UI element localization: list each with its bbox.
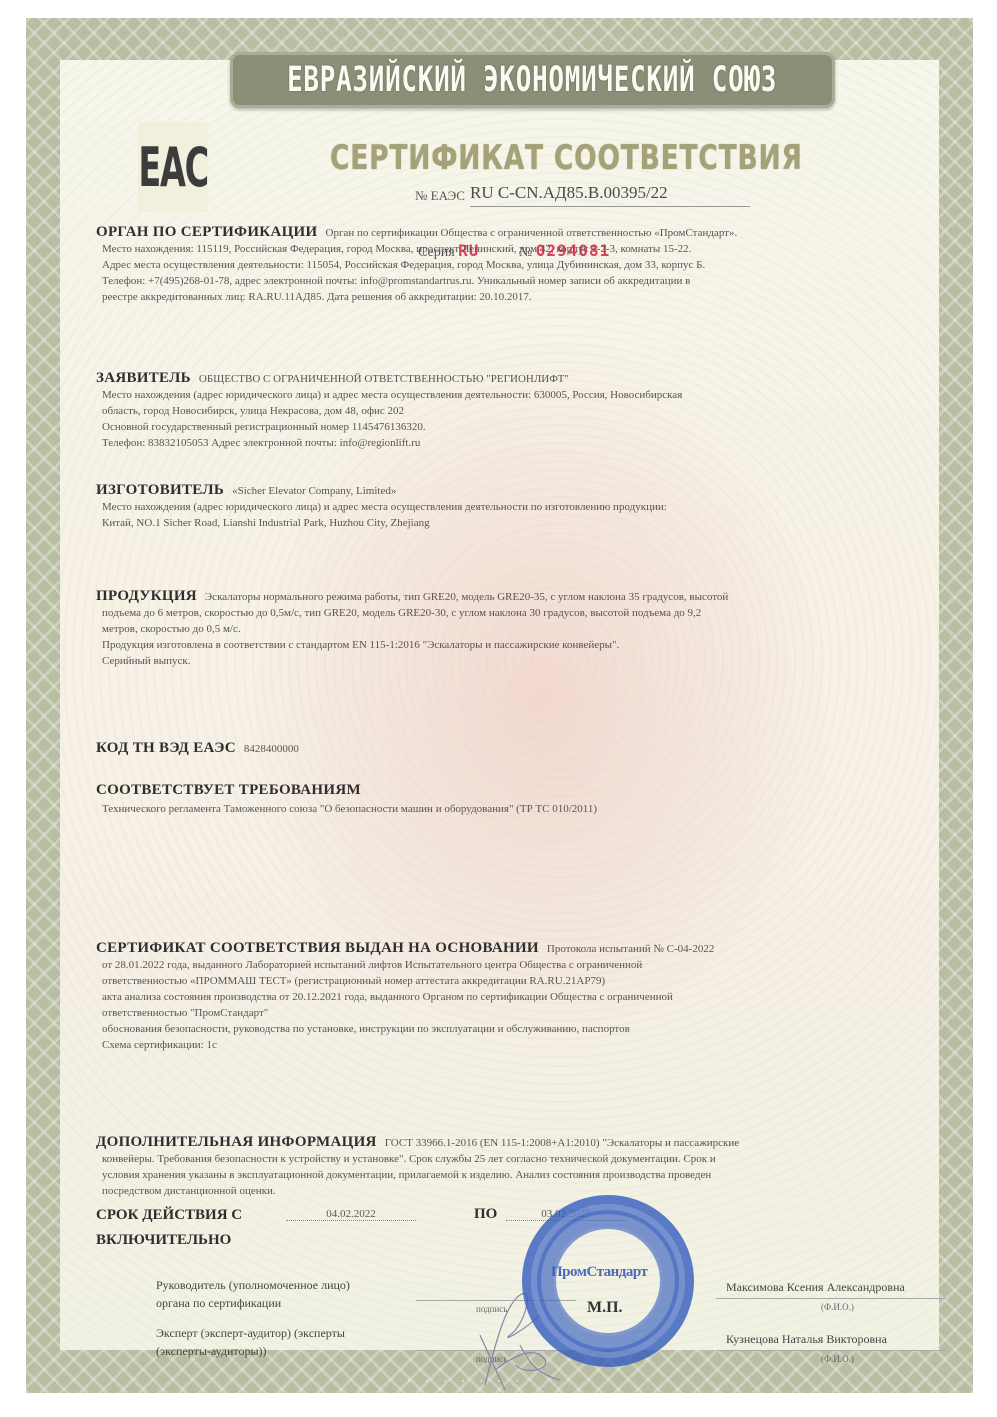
section-manufacturer: ИЗГОТОВИТЕЛЬ«Sicher Elevator Company, Li… xyxy=(96,482,926,531)
head-role: Руководитель (уполномоченное лицо) орган… xyxy=(156,1276,386,1312)
section-issued-basis: СЕРТИФИКАТ СООТВЕТСТВИЯ ВЫДАН НА ОСНОВАН… xyxy=(96,940,926,1053)
expert-name: Кузнецова Наталья Викторовна xyxy=(726,1332,946,1347)
expert-role: Эксперт (эксперт-аудитор) (эксперты (экс… xyxy=(156,1324,386,1360)
certificate-title: СЕРТИФИКАТ СООТВЕТСТВИЯ xyxy=(330,138,681,178)
section-heading: ПРОДУКЦИЯ xyxy=(96,588,197,604)
registration-value: RU C-CN.АД85.В.00395/22 xyxy=(470,183,750,207)
head-name-line xyxy=(716,1298,946,1299)
validity-to-label: ПО xyxy=(474,1206,497,1223)
section-heading: ИЗГОТОВИТЕЛЬ xyxy=(96,482,224,498)
tn-ved-code: 8428400000 xyxy=(244,743,299,755)
section-certification-body: ОРГАН ПО СЕРТИФИКАЦИИОрган по сертификац… xyxy=(96,224,926,305)
expert-name-line xyxy=(716,1350,946,1351)
section-heading: СЕРТИФИКАТ СООТВЕТСТВИЯ ВЫДАН НА ОСНОВАН… xyxy=(96,940,539,956)
section-heading: СООТВЕТСТВУЕТ ТРЕБОВАНИЯМ xyxy=(96,782,361,798)
eac-logo-icon: ЕАС xyxy=(138,122,208,212)
section-additional-info: ДОПОЛНИТЕЛЬНАЯ ИНФОРМАЦИЯГОСТ 33966.1-20… xyxy=(96,1134,926,1199)
section-heading: ЗАЯВИТЕЛЬ xyxy=(96,370,191,386)
section-applicant: ЗАЯВИТЕЛЬОБЩЕСТВО С ОГРАНИЧЕННОЙ ОТВЕТСТ… xyxy=(96,370,926,451)
validity-from-label: СРОК ДЕЙСТВИЯ С xyxy=(96,1207,242,1223)
section-conforms-requirements: СООТВЕТСТВУЕТ ТРЕБОВАНИЯМ Технического р… xyxy=(96,782,926,817)
validity-from-date: 04.02.2022 xyxy=(286,1208,416,1221)
registration-label: № ЕАЭС xyxy=(415,188,465,203)
section-heading: КОД ТН ВЭД ЕАЭС xyxy=(96,740,236,756)
certificate-frame: ЕВРАЗИЙСКИЙ ЭКОНОМИЧЕСКИЙ СОЮЗ ЕАС СЕРТИ… xyxy=(26,18,973,1393)
footer-print-mark: · · · · · · · xyxy=(406,1376,523,1387)
validity-period: СРОК ДЕЙСТВИЯ С 04.02.2022 ПО 03.02.2027… xyxy=(96,1206,926,1224)
section-heading: ДОПОЛНИТЕЛЬНАЯ ИНФОРМАЦИЯ xyxy=(96,1134,377,1150)
head-name: Максимова Ксения Александровна xyxy=(726,1280,946,1295)
official-stamp-icon: ПромСтандарт М.П. xyxy=(522,1195,694,1367)
section-heading: ОРГАН ПО СЕРТИФИКАЦИИ xyxy=(96,224,318,240)
union-banner: ЕВРАЗИЙСКИЙ ЭКОНОМИЧЕСКИЙ СОЮЗ xyxy=(230,52,835,108)
validity-inclusive-label: ВКЛЮЧИТЕЛЬНО xyxy=(96,1232,231,1249)
certificate-body: ЕВРАЗИЙСКИЙ ЭКОНОМИЧЕСКИЙ СОЮЗ ЕАС СЕРТИ… xyxy=(60,60,939,1350)
registration-number: № ЕАЭС RU C-CN.АД85.В.00395/22 xyxy=(415,188,465,204)
section-product: ПРОДУКЦИЯЭскалаторы нормального режима р… xyxy=(96,588,926,669)
section-tn-ved-code: КОД ТН ВЭД ЕАЭС8428400000 xyxy=(96,740,926,757)
union-banner-text: ЕВРАЗИЙСКИЙ ЭКОНОМИЧЕСКИЙ СОЮЗ xyxy=(288,60,778,100)
